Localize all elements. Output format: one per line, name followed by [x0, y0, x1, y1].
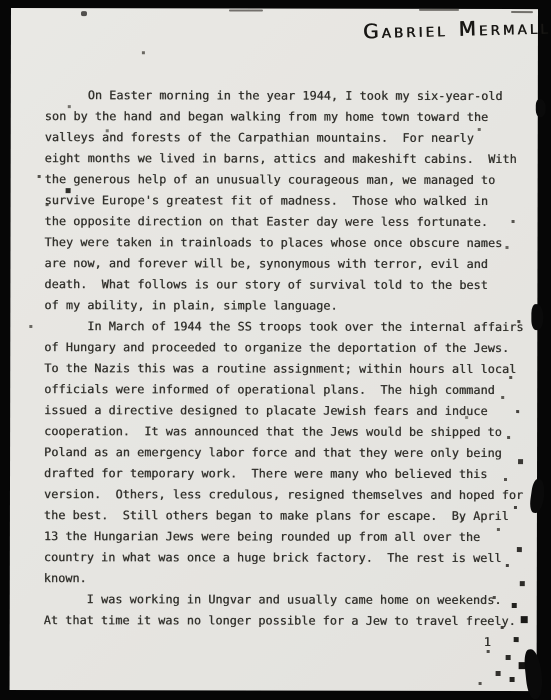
- typed-line: cooperation. It was announced that the J…: [44, 421, 529, 443]
- scan-edge-artifact: [536, 99, 546, 117]
- typed-line: known.: [44, 568, 529, 590]
- typed-line: I was working in Ungvar and usually came…: [44, 589, 529, 611]
- scan-edge-artifact: [529, 478, 547, 513]
- typed-line: the best. Still others began to make pla…: [44, 505, 529, 527]
- typed-line: of Hungary and proceeded to organize the…: [44, 337, 529, 359]
- typed-line: son by the hand and began walking from m…: [45, 106, 530, 128]
- document-page: GABRIEL MERMALL On Easter morning in the…: [10, 8, 538, 691]
- scan-black-border: GABRIEL MERMALL On Easter morning in the…: [0, 0, 551, 700]
- typed-line: survive Europe's greatest fit of madness…: [45, 190, 530, 212]
- scan-edge-artifact: [531, 304, 543, 330]
- scan-smudge: [419, 9, 459, 11]
- scan-smudge: [81, 11, 87, 16]
- typed-line: In March of 1944 the SS troops took over…: [44, 316, 529, 338]
- typed-line: On Easter morning in the year 1944, I to…: [45, 85, 530, 107]
- scan-smudge: [511, 11, 533, 13]
- typed-line: country in what was once a huge brick fa…: [44, 547, 529, 569]
- typed-line: eight months we lived in barns, attics a…: [45, 148, 530, 170]
- typed-line: drafted for temporary work. There were m…: [44, 463, 529, 485]
- typed-line: Poland as an emergency labor force and t…: [44, 442, 529, 464]
- typed-line: the opposite direction on that Easter da…: [45, 211, 530, 233]
- typed-line: issued a directive designed to placate J…: [44, 400, 529, 422]
- page-number: 1: [484, 635, 491, 649]
- typed-line: They were taken in trainloads to places …: [44, 232, 529, 254]
- typed-line: officials were informed of operational p…: [44, 379, 529, 401]
- scan-noise-speckles: [11, 8, 12, 9]
- typed-line: of my ability, in plain, simple language…: [44, 295, 529, 317]
- handwritten-last-name: MERMALL: [458, 15, 551, 41]
- typed-line: death. What follows is our story of surv…: [44, 274, 529, 296]
- handwritten-first-name: GABRIEL: [363, 17, 448, 43]
- handwritten-author-name: GABRIEL MERMALL: [363, 15, 551, 44]
- scan-edge-artifact: [523, 648, 544, 699]
- typed-line: valleys and forests of the Carpathian mo…: [45, 127, 530, 149]
- scan-smudge: [229, 9, 263, 11]
- typed-line: 13 the Hungarian Jews were being rounded…: [44, 526, 529, 548]
- typed-line: are now, and forever will be, synonymous…: [44, 253, 529, 275]
- typed-line: To the Nazis this was a routine assignme…: [44, 358, 529, 380]
- typed-line: version. Others, less credulous, resigne…: [44, 484, 529, 506]
- typed-line: At that time it was no longer possible f…: [44, 610, 529, 632]
- typed-line: the generous help of an unusually courag…: [45, 169, 530, 191]
- typewritten-text-body: On Easter morning in the year 1944, I to…: [44, 85, 530, 632]
